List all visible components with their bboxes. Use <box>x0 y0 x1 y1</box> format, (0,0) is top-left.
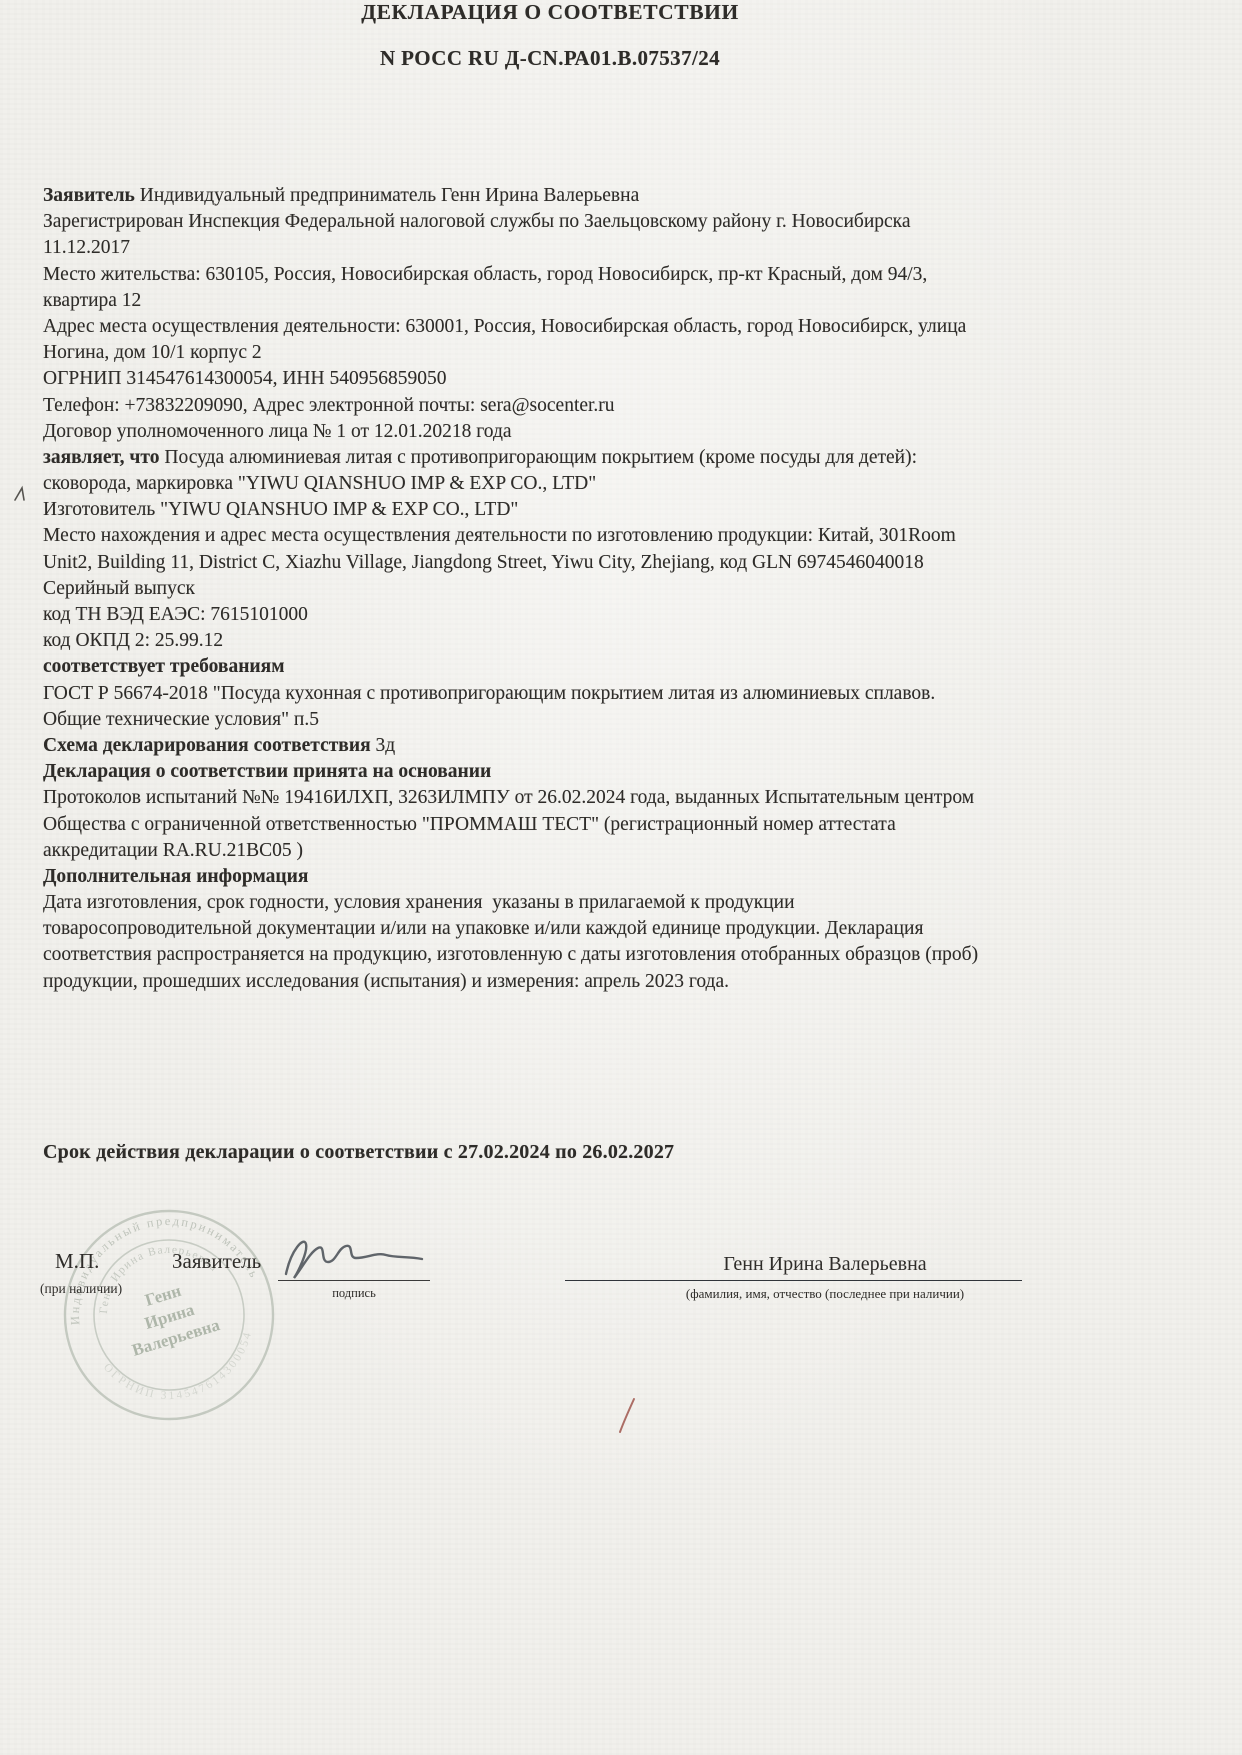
body-line: аккредитации RA.RU.21ВС05 ) <box>43 838 1203 864</box>
body-line-segment: Протоколов испытаний №№ 19416ИЛХП, 3263И… <box>43 787 974 808</box>
applicant-label: Заявитель <box>172 1249 261 1274</box>
body-line-segment: Место жительства: 630105, Россия, Новоси… <box>43 264 927 285</box>
body-line: сковорода, маркировка "YIWU QIANSHUO IMP… <box>43 471 1203 497</box>
body-line-segment: сковорода, маркировка "YIWU QIANSHUO IMP… <box>43 473 596 494</box>
body-line-segment: товаросопроводительной документации и/ил… <box>43 918 923 939</box>
signature-line <box>278 1280 430 1281</box>
body-line: Место жительства: 630105, Россия, Новоси… <box>43 262 1203 288</box>
body-text: Заявитель Индивидуальный предприниматель… <box>43 183 1203 995</box>
stamp-center-name: Генн Ирина Валерьевна <box>117 1273 222 1360</box>
body-line: Изготовитель "YIWU QIANSHUO IMP & EXP CO… <box>43 497 1203 523</box>
body-line: заявляет, что Посуда алюминиевая литая с… <box>43 445 1203 471</box>
body-line-segment: Общие технические условия" п.5 <box>43 709 319 730</box>
document-title: ДЕКЛАРАЦИЯ О СООТВЕТСТВИИ <box>0 0 1100 25</box>
body-line-segment: Дата изготовления, срок годности, услови… <box>43 892 795 913</box>
body-line-bold-segment: Схема декларирования соответствия <box>43 735 376 756</box>
body-line: Договор уполномоченного лица № 1 от 12.0… <box>43 419 1203 445</box>
document-number: N РОСС RU Д-CN.РА01.В.07537/24 <box>0 46 1100 71</box>
body-line-segment: Договор уполномоченного лица № 1 от 12.0… <box>43 421 512 442</box>
body-line-segment: Изготовитель "YIWU QIANSHUO IMP & EXP CO… <box>43 499 518 520</box>
body-line: Серийный выпуск <box>43 576 1203 602</box>
body-line-segment: 3д <box>376 735 396 756</box>
body-line: товаросопроводительной документации и/ил… <box>43 916 1203 942</box>
body-line: Декларация о соответствии принята на осн… <box>43 759 1203 785</box>
body-line: код ОКПД 2: 25.99.12 <box>43 628 1203 654</box>
scanned-declaration-page: ДЕКЛАРАЦИЯ О СООТВЕТСТВИИ N РОСС RU Д-CN… <box>0 0 1242 1755</box>
full-name-caption: (фамилия, имя, отчество (последнее при н… <box>628 1286 1022 1302</box>
body-line-bold-segment: соответствует требованиям <box>43 656 285 677</box>
body-line: Телефон: +73832209090, Адрес электронной… <box>43 393 1203 419</box>
body-line-bold-segment: заявляет, что <box>43 447 164 468</box>
body-line: Протоколов испытаний №№ 19416ИЛХП, 3263И… <box>43 785 1203 811</box>
stamp-place-label: М.П. <box>55 1249 99 1274</box>
body-line: квартира 12 <box>43 288 1203 314</box>
handwritten-signature <box>276 1228 436 1286</box>
body-line: Unit2, Building 11, District C, Xiazhu V… <box>43 550 1203 576</box>
signature-caption: подпись <box>278 1286 430 1301</box>
applicant-full-name: Генн Ирина Валерьевна <box>628 1253 1022 1276</box>
body-line-segment: квартира 12 <box>43 290 141 311</box>
body-line: соответствует требованиям <box>43 654 1203 680</box>
body-line: соответствия распространяется на продукц… <box>43 942 1203 968</box>
body-line-segment: Индивидуальный предприниматель Генн Ирин… <box>140 185 640 206</box>
body-line-segment: ГОСТ Р 56674-2018 "Посуда кухонная с про… <box>43 683 935 704</box>
body-line-segment: Ногина, дом 10/1 корпус 2 <box>43 342 262 363</box>
body-line: Ногина, дом 10/1 корпус 2 <box>43 340 1203 366</box>
body-line-segment: ОГРНИП 314547614300054, ИНН 540956859050 <box>43 368 446 389</box>
body-line-segment: Телефон: +73832209090, Адрес электронной… <box>43 395 615 416</box>
body-line-segment: продукции, прошедших исследования (испыт… <box>43 971 729 992</box>
title-block: ДЕКЛАРАЦИЯ О СООТВЕТСТВИИ N РОСС RU Д-CN… <box>0 0 1100 71</box>
stamp-place-note: (при наличии) <box>40 1281 122 1297</box>
body-line-segment: Посуда алюминиевая литая с противопригор… <box>164 447 917 468</box>
round-stamp: Индивидуальный предприниматель ОГРНИП 31… <box>58 1204 280 1426</box>
body-line: 11.12.2017 <box>43 235 1203 261</box>
body-line-segment: код ОКПД 2: 25.99.12 <box>43 630 223 651</box>
body-line-segment: Серийный выпуск <box>43 578 195 599</box>
body-line: Дополнительная информация <box>43 864 1203 890</box>
body-line: ГОСТ Р 56674-2018 "Посуда кухонная с про… <box>43 681 1203 707</box>
body-line: Общества с ограниченной ответственностью… <box>43 812 1203 838</box>
body-line: ОГРНИП 314547614300054, ИНН 540956859050 <box>43 366 1203 392</box>
body-line: Дата изготовления, срок годности, услови… <box>43 890 1203 916</box>
full-name-line <box>565 1280 1022 1281</box>
body-line-segment: соответствия распространяется на продукц… <box>43 944 978 965</box>
body-line: код ТН ВЭД ЕАЭС: 7615101000 <box>43 602 1203 628</box>
body-line-bold-segment: Дополнительная информация <box>43 866 308 887</box>
body-line: Место нахождения и адрес места осуществл… <box>43 523 1203 549</box>
body-line: Общие технические условия" п.5 <box>43 707 1203 733</box>
body-line: Зарегистрирован Инспекция Федеральной на… <box>43 209 1203 235</box>
body-line-segment: аккредитации RA.RU.21ВС05 ) <box>43 840 303 861</box>
body-line: Заявитель Индивидуальный предприниматель… <box>43 183 1203 209</box>
body-line-segment: Место нахождения и адрес места осуществл… <box>43 525 956 546</box>
body-line-bold-segment: Заявитель <box>43 185 140 206</box>
body-line-bold-segment: Декларация о соответствии принята на осн… <box>43 761 491 782</box>
body-line-segment: Зарегистрирован Инспекция Федеральной на… <box>43 211 911 232</box>
pen-mark <box>616 1396 642 1436</box>
body-line: Адрес места осуществления деятельности: … <box>43 314 1203 340</box>
body-line-segment: 11.12.2017 <box>43 237 130 258</box>
handwritten-tick-mark <box>13 485 33 507</box>
body-line-segment: Адрес места осуществления деятельности: … <box>43 316 966 337</box>
body-line-segment: Unit2, Building 11, District C, Xiazhu V… <box>43 552 924 573</box>
validity-period-line: Срок действия декларации о соответствии … <box>43 1141 674 1164</box>
body-line: продукции, прошедших исследования (испыт… <box>43 969 1203 995</box>
body-line-segment: Общества с ограниченной ответственностью… <box>43 814 896 835</box>
body-line: Схема декларирования соответствия 3д <box>43 733 1203 759</box>
body-line-segment: код ТН ВЭД ЕАЭС: 7615101000 <box>43 604 308 625</box>
